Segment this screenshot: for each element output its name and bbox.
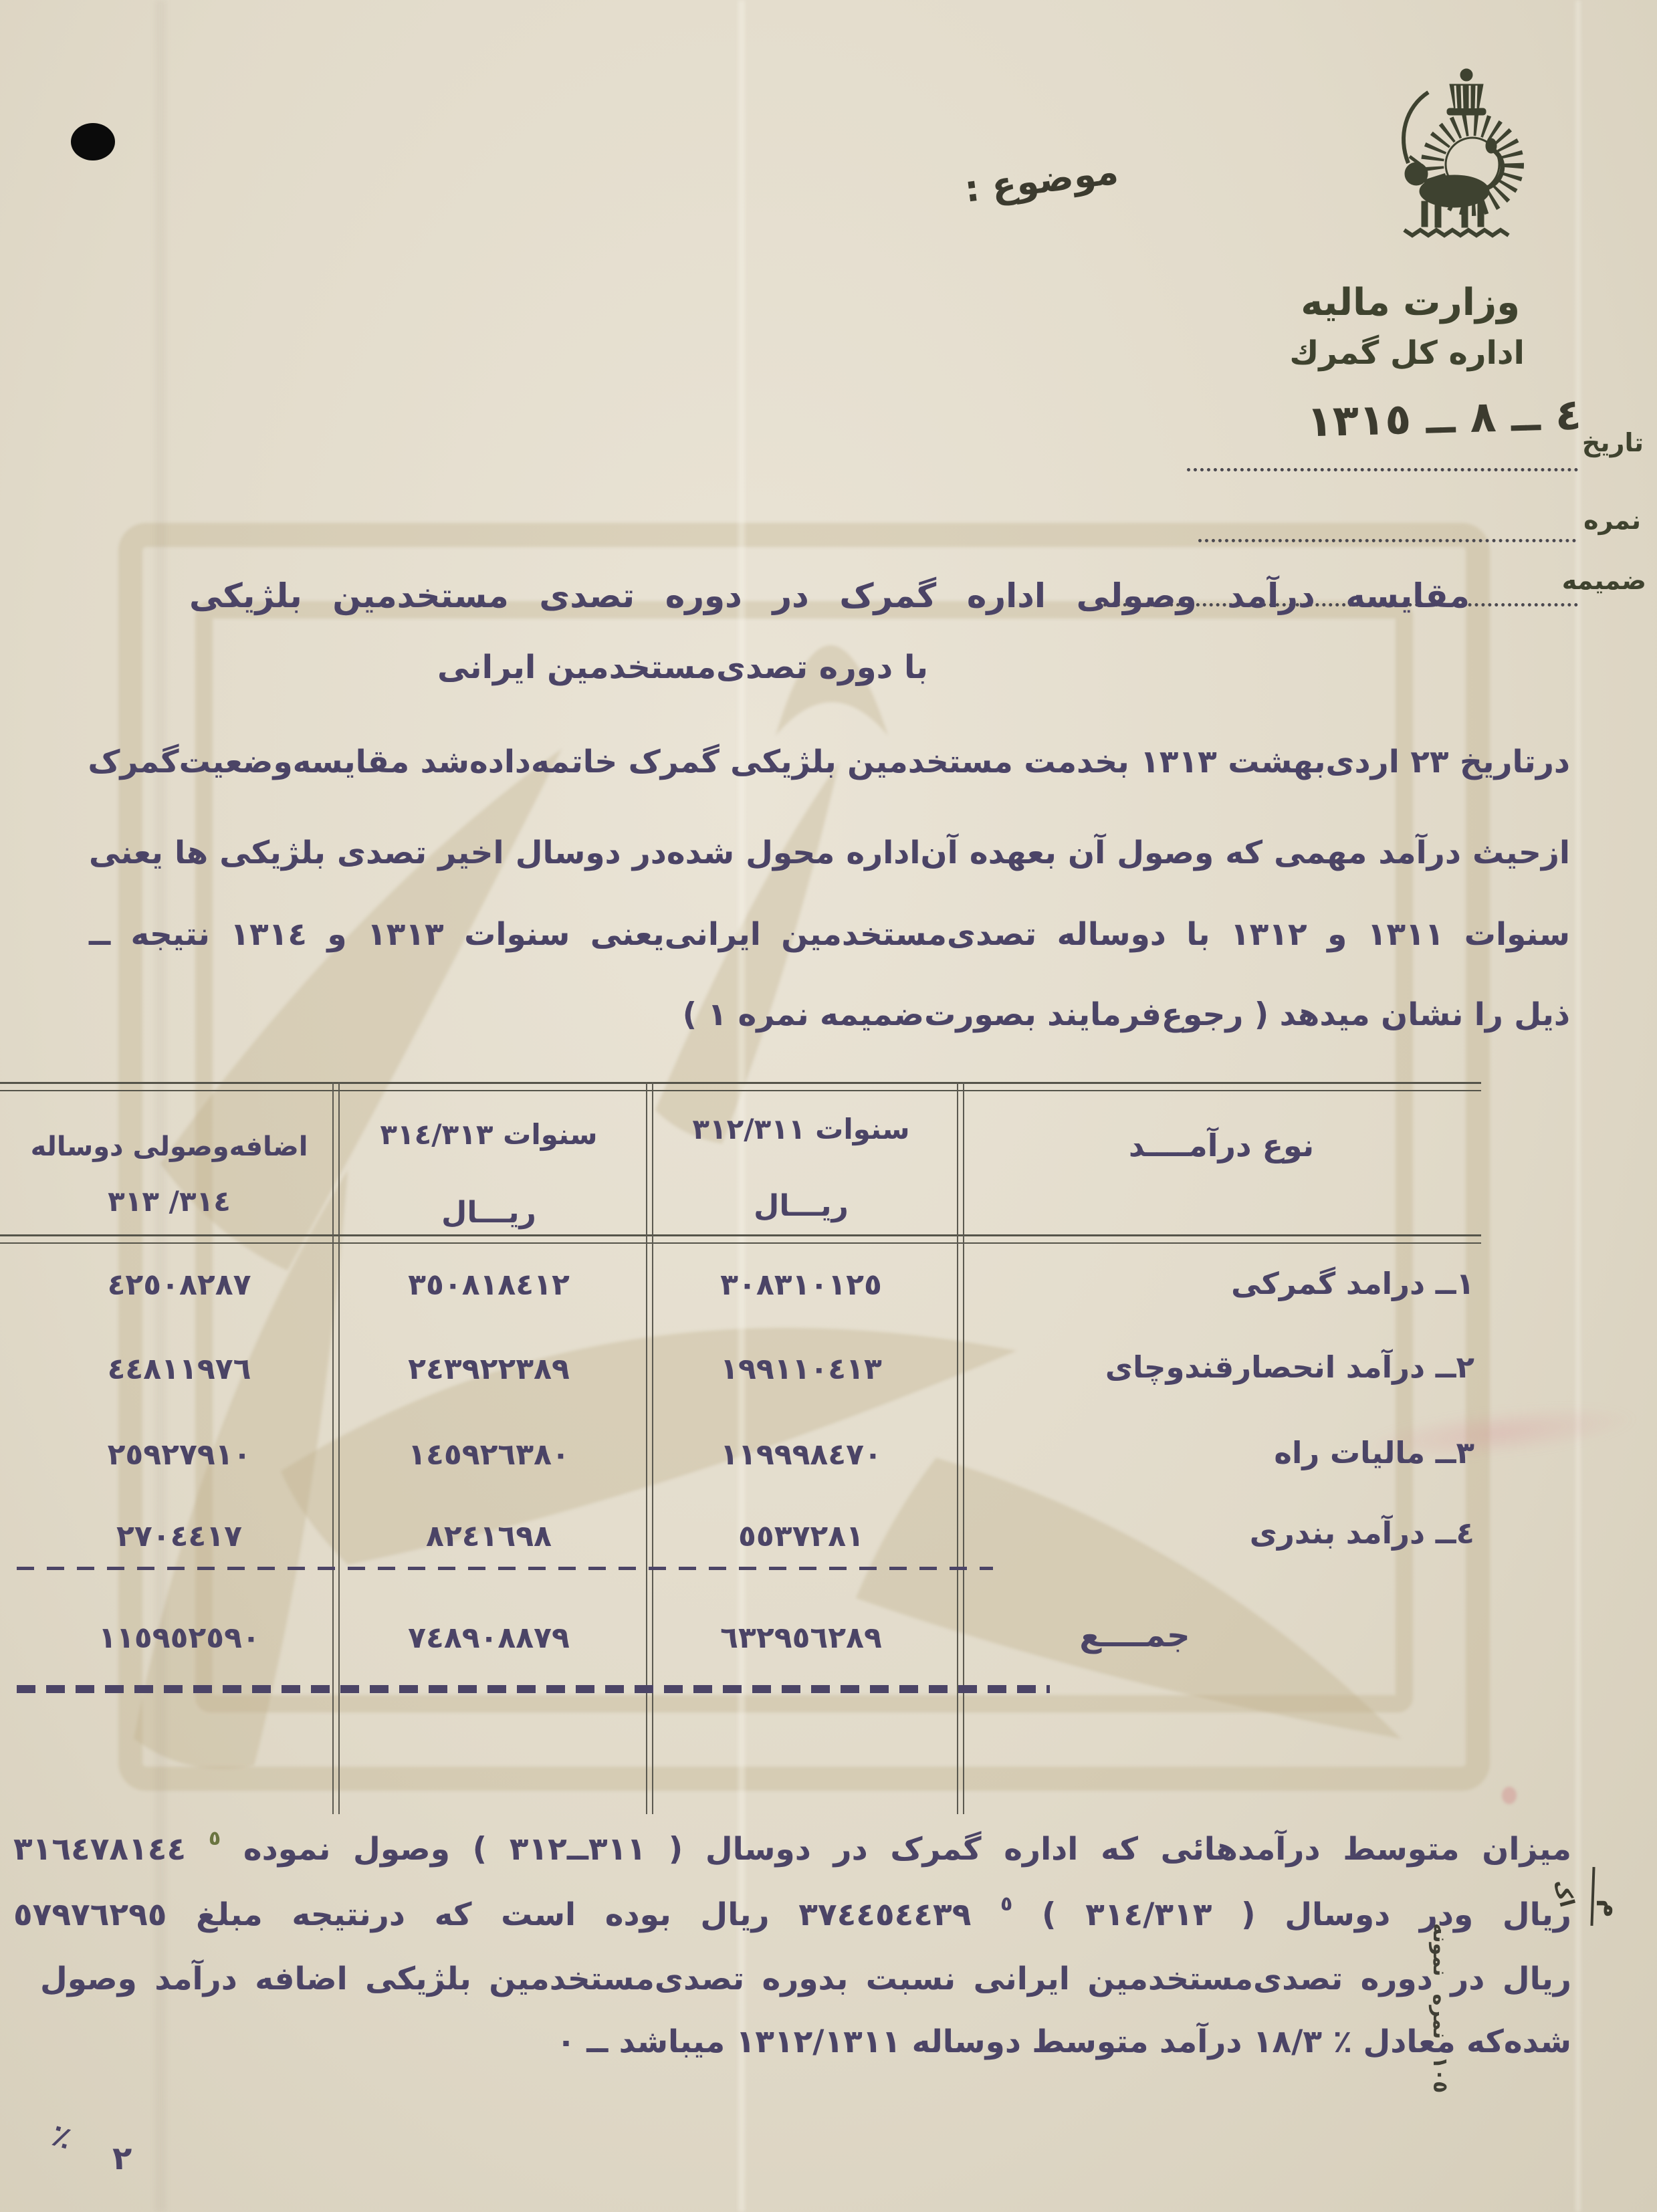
table-cell-years-313-314: ٢٤٣٩٢٢٣٨٩ <box>335 1352 643 1386</box>
cell-value: ٥٥٣٧٢٨١ <box>738 1519 864 1553</box>
column-header-years-311-312: سنوات ٣١٢/٣١١ <box>647 1113 955 1145</box>
body-line: سنوات ١٣١١ و ١٣١٢ با دوساله تصدی‌مستخدمی… <box>89 916 1570 953</box>
department-name: اداره کل گمرك <box>1324 334 1525 372</box>
table-cell-years-311-312: ١١٩٩٩٨٤٧٠ <box>647 1438 955 1472</box>
cell-value: ٣٥٠٨١٨٤١٢ <box>408 1268 570 1302</box>
footer-line1-half-superscript: ٥ <box>209 1827 221 1850</box>
ministry-name: وزارت مالیه <box>1333 281 1520 324</box>
table-row-label: ٣ــ مالیات راه <box>1006 1435 1474 1470</box>
footer-line1-text: میزان متوسط درآمدهائی که اداره گمرک در د… <box>243 1831 1571 1868</box>
attachment-label: ضمیمه <box>1562 566 1646 595</box>
table-total-label: جمــــع <box>1065 1617 1205 1654</box>
footer-line1-amount: ٣١٦٤٧٨١٤٤ <box>13 1831 186 1868</box>
cell-value: ٤٤٨١١٩٧٦ <box>108 1352 251 1386</box>
form-label-number: ١٠٥ <box>1429 2056 1452 2093</box>
footer-line2-amount2: ٥٧٩٧٦٢٩٥ <box>13 1896 167 1933</box>
document-page: موضوع : وزارت مالیه اداره کل گمر <box>0 0 1657 2212</box>
cell-value: ٢٥٩٢٧٩١٠ <box>108 1438 251 1472</box>
table-cell-surplus: ٤٢٥٠٨٢٨٧ <box>25 1268 333 1302</box>
palm-watermark <box>0 0 1657 2212</box>
body-line: درتاریخ ٢٣ اردی‌بهشت ١٣١٣ بخدمت مستخدمین… <box>89 744 1570 780</box>
date-label: تاریخ <box>1582 428 1644 457</box>
lion-head <box>1405 162 1428 185</box>
table-row-label: ٢ــ درآمد انحصارقندوچای <box>966 1349 1474 1385</box>
margin-meem-mark: م <box>1597 1899 1626 1918</box>
form-label-word: نمونه <box>1429 1923 1452 1977</box>
table-cell-years-313-314: ١٤٥٩٢٦٣٨٠ <box>335 1438 643 1472</box>
date-dotted-line <box>1187 468 1578 471</box>
red-pencil-dot <box>1502 1787 1517 1804</box>
cell-value: ٤٢٥٠٨٢٨٧ <box>108 1268 251 1302</box>
table-total-years-311-312: ٦٣٢٩٥٦٢٨٩ <box>647 1621 955 1655</box>
cell-value: ٨٢٤١٦٩٨ <box>426 1519 552 1553</box>
table-cell-surplus: ٤٤٨١١٩٧٦ <box>25 1352 333 1386</box>
cell-value: ٦٣٢٩٥٦٢٨٩ <box>720 1621 882 1655</box>
table-total-years-313-314: ٧٤٨٩٠٨٨٧٩ <box>335 1621 643 1655</box>
cell-value: ٧٤٨٩٠٨٨٧٩ <box>408 1621 570 1655</box>
table-header-border <box>0 1234 1481 1244</box>
form-number-vertical-label: نمونه نمره ١٠٥ <box>1571 1923 1609 2110</box>
sword <box>1404 92 1428 163</box>
column-header-years-313-314-unit: ریـــال <box>335 1196 643 1230</box>
column-header-surplus-line1: اضافه‌وصولی دوساله <box>11 1131 328 1162</box>
table-cell-years-313-314: ٨٢٤١٦٩٨ <box>335 1519 643 1553</box>
table-dashed-separator <box>17 1567 993 1570</box>
footer-line3: ریال در دوره تصدی‌مستخدمین ایرانی نسبت ب… <box>40 1961 1571 1997</box>
cell-value: ١٤٥٩٢٦٣٨٠ <box>408 1438 570 1472</box>
table-bottom-dashed-rule <box>17 1685 1050 1693</box>
footer-line2-amount: ٣٧٤٤٥٤٤٣٩ <box>798 1896 971 1933</box>
document-title-line2: با دوره تصدی‌مستخدمین ایرانی <box>393 649 928 686</box>
emblem-orb <box>1460 69 1472 81</box>
table-cell-years-313-314: ٣٥٠٨١٨٤١٢ <box>335 1268 643 1302</box>
body-line: ازحیث درآمد مهمی که وصول آن بعهده آن‌ادا… <box>89 835 1570 871</box>
column-header-surplus-line2: ٣١٤/ ٣١٣ <box>11 1185 328 1218</box>
footer-line4: شده‌که معادل ٪ ١٨/٣ درآمد متوسط دوساله ١… <box>428 2023 1571 2060</box>
number-label: نمره <box>1583 506 1641 535</box>
footer-line2-half-superscript: ٥ <box>1000 1892 1012 1916</box>
footer-line1: میزان متوسط درآمدهائی که اداره گمرک در د… <box>13 1831 1571 1868</box>
column-header-revenue-type: نوع درآمــــد <box>962 1127 1481 1164</box>
cell-value: ٢٧٠٤٤١٧ <box>116 1519 242 1553</box>
form-label-word: نمره <box>1429 1994 1452 2039</box>
lion-and-sun-emblem <box>1386 64 1543 243</box>
bottom-pencil-mark: ٢ <box>112 2140 132 2177</box>
body-line: ذیل را نشان میدهد ( رجوع‌فرمایند بصورت‌ض… <box>701 996 1570 1033</box>
emblem-base <box>1404 230 1509 235</box>
table-cell-years-311-312: ٣٠٨٣١٠١٢٥ <box>647 1268 955 1302</box>
table-total-surplus: ١١٥٩٥٢٥٩٠ <box>25 1621 333 1655</box>
number-dotted-line <box>1198 539 1576 542</box>
cell-value: ١٩٩١١٠٤١٣ <box>720 1352 882 1386</box>
table-cell-surplus: ٢٧٠٤٤١٧ <box>25 1519 333 1553</box>
footer-line2: ریال ودر دوسال ( ٣١٤/٣١٣ ) ٥ ٣٧٤٤٥٤٤٣٩ ر… <box>13 1896 1571 1933</box>
cell-value: ١١٥٩٥٢٥٩٠ <box>98 1621 260 1655</box>
table-row-label: ١ــ درامد گمرکی <box>1006 1266 1474 1301</box>
hole-punch <box>71 123 115 160</box>
document-title-line1: مقایسه درآمد وصولی اداره گمرک در دوره تص… <box>189 576 1470 615</box>
cell-value: ٢٤٣٩٢٢٣٨٩ <box>408 1352 570 1386</box>
column-header-years-313-314: سنوات ٣١٤/٣١٣ <box>335 1118 643 1151</box>
table-row-label: ٤ــ درآمد بندری <box>1006 1515 1474 1551</box>
cell-value: ١١٩٩٩٨٤٧٠ <box>720 1438 882 1472</box>
table-top-border <box>0 1082 1481 1091</box>
column-header-years-311-312-unit: ریـــال <box>647 1189 955 1223</box>
footer-line2-text2: ریال بوده است که درنتیجه مبلغ <box>196 1896 769 1933</box>
table-cell-surplus: ٢٥٩٢٧٩١٠ <box>25 1438 333 1472</box>
table-cell-years-311-312: ١٩٩١١٠٤١٣ <box>647 1352 955 1386</box>
cell-value: ٣٠٨٣١٠١٢٥ <box>720 1268 882 1302</box>
table-column-divider <box>957 1082 964 1814</box>
table-cell-years-311-312: ٥٥٣٧٢٨١ <box>647 1519 955 1553</box>
footer-line2-text: ریال ودر دوسال ( ٣١٤/٣١٣ ) <box>1042 1896 1571 1933</box>
